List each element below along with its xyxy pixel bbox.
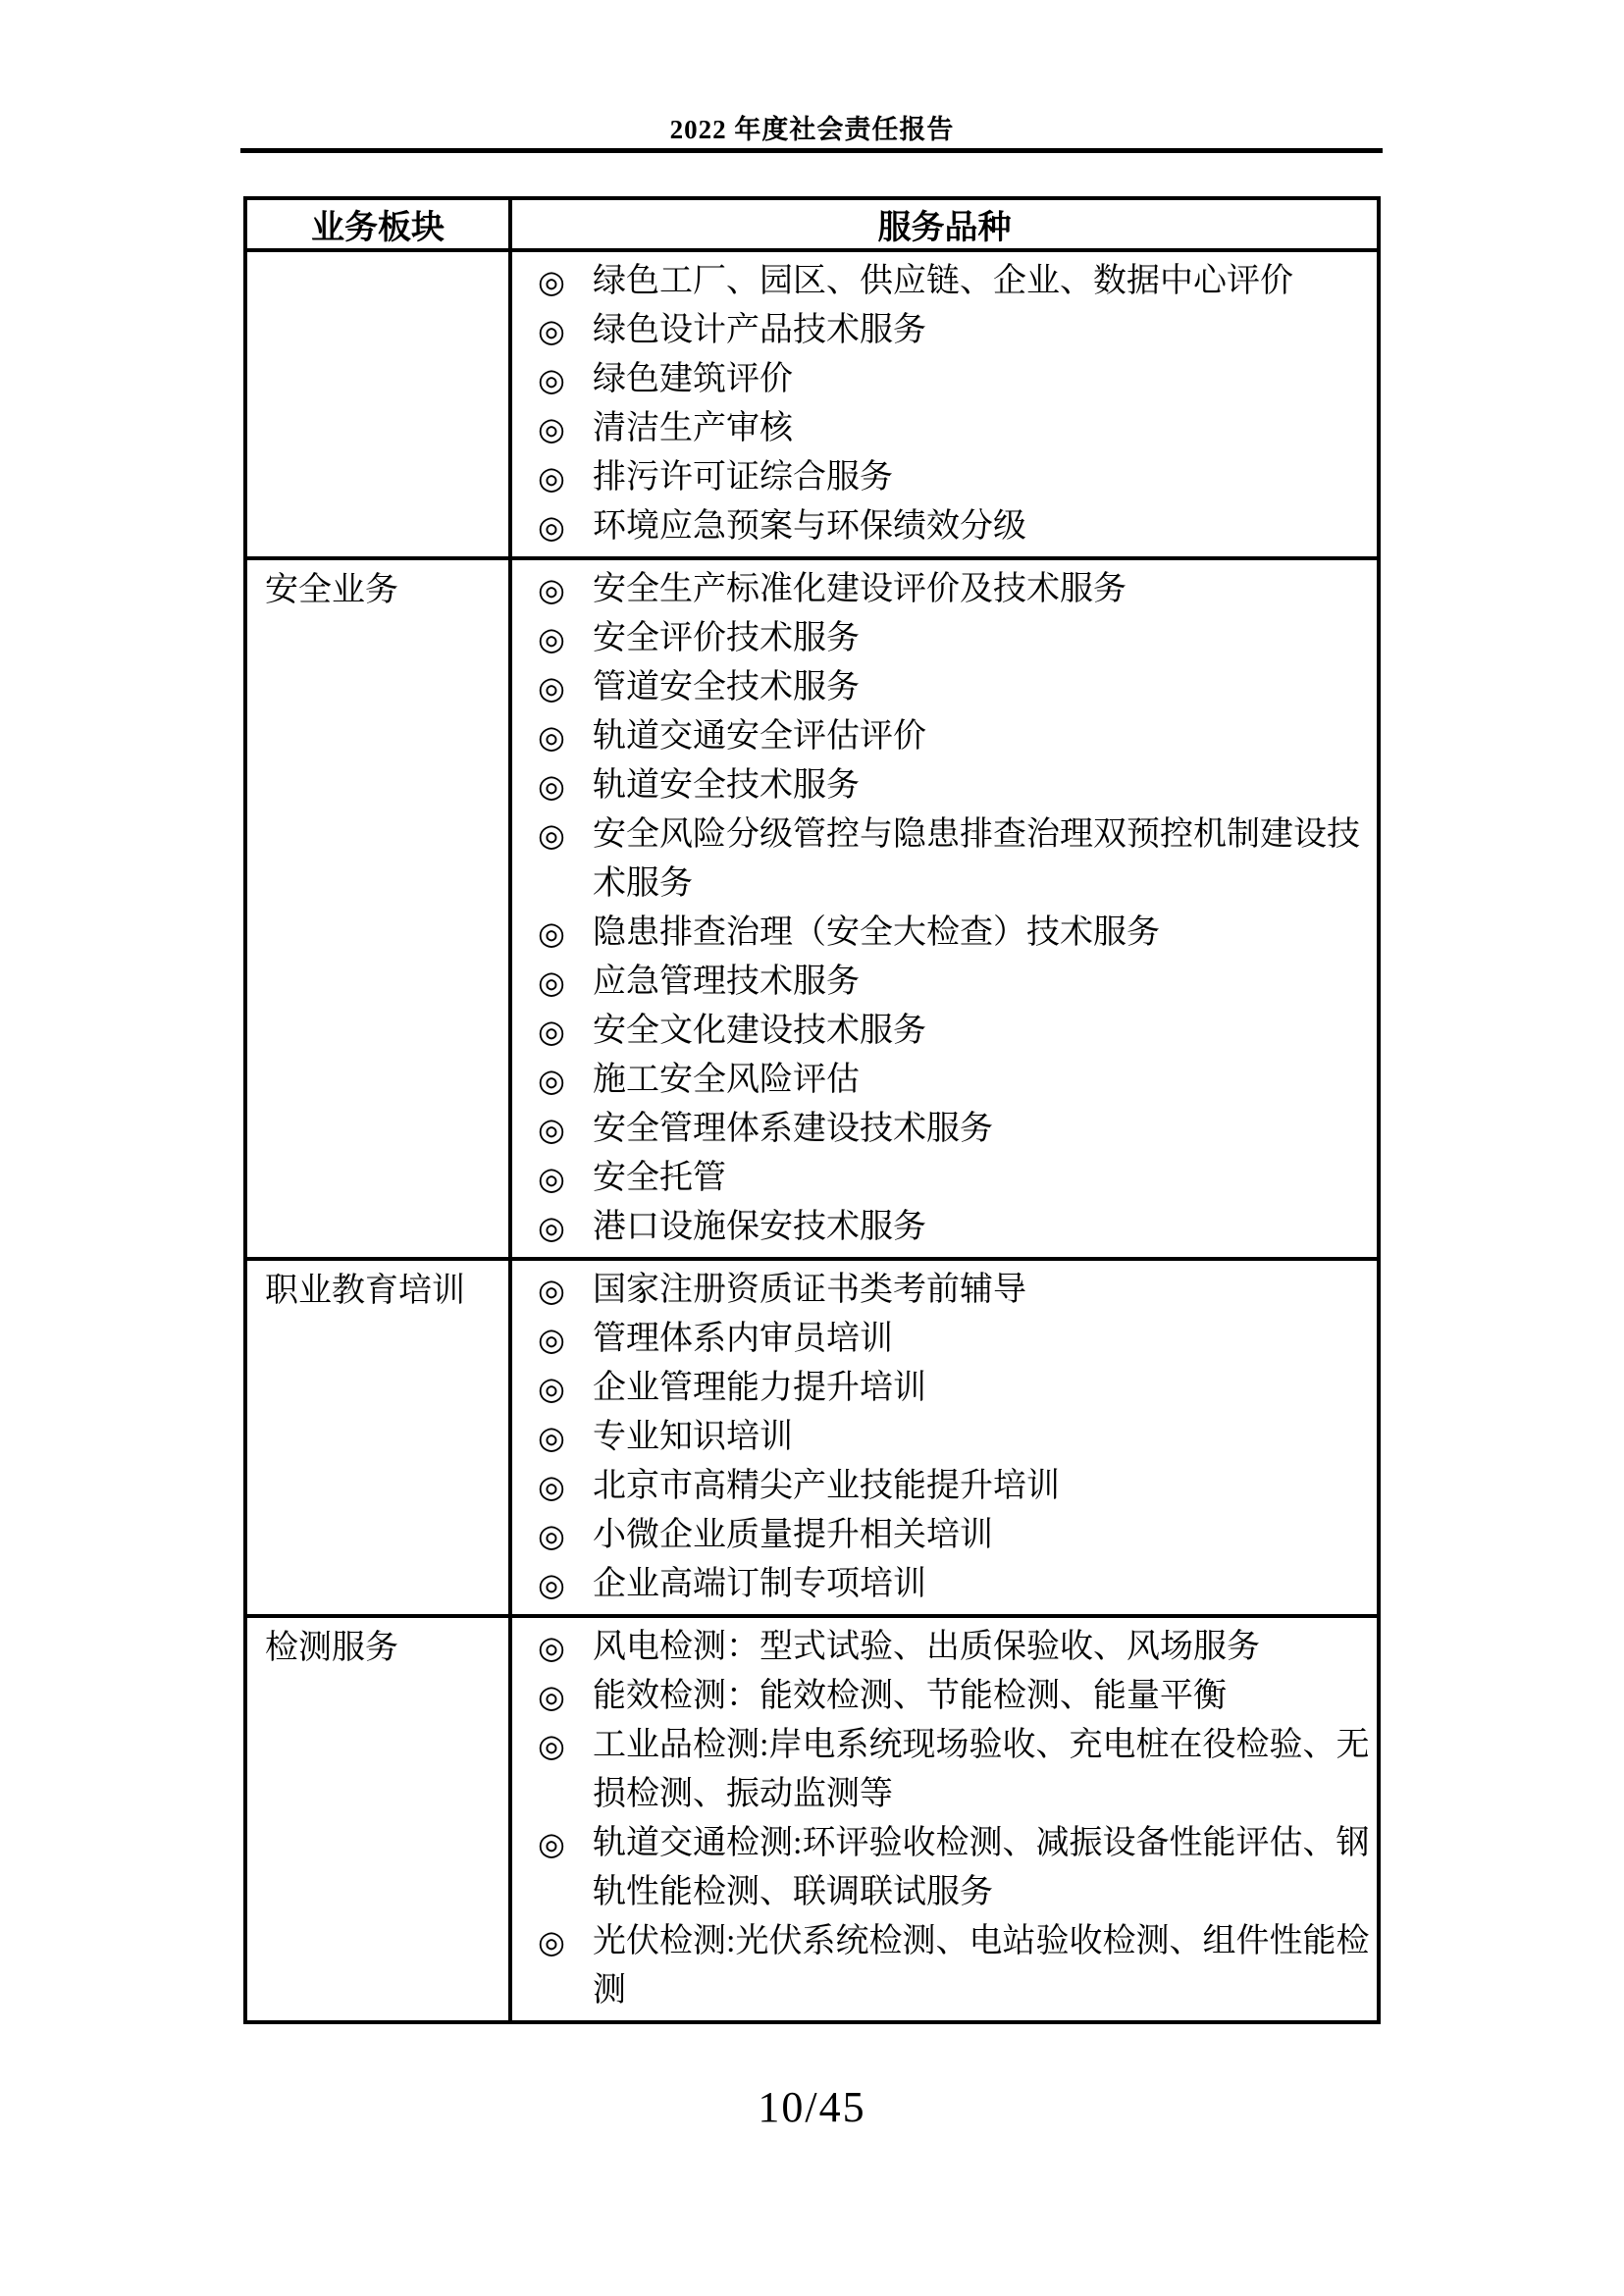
service-item-label: 小微企业质量提升相关培训 <box>593 1511 1371 1560</box>
service-item: ◎应急管理技术服务 <box>538 958 1371 1007</box>
service-item-label: 安全托管 <box>593 1154 1371 1203</box>
bullseye-bullet-icon: ◎ <box>538 1056 593 1105</box>
table-row: 职业教育培训◎国家注册资质证书类考前辅导◎管理体系内审员培训◎企业管理能力提升培… <box>245 1259 1379 1616</box>
service-item-label: 安全文化建设技术服务 <box>593 1007 1371 1056</box>
bullseye-bullet-icon: ◎ <box>538 355 593 404</box>
service-item: ◎风电检测：型式试验、出质保验收、风场服务 <box>538 1623 1371 1672</box>
services-table-body: ◎绿色工厂、园区、供应链、企业、数据中心评价◎绿色设计产品技术服务◎绿色建筑评价… <box>245 250 1379 2022</box>
service-item: ◎企业高端订制专项培训 <box>538 1560 1371 1609</box>
service-items-cell: ◎国家注册资质证书类考前辅导◎管理体系内审员培训◎企业管理能力提升培训◎专业知识… <box>510 1259 1379 1616</box>
service-item-label: 环境应急预案与环保绩效分级 <box>593 502 1371 551</box>
service-item-label: 管道安全技术服务 <box>593 663 1371 712</box>
bullseye-bullet-icon: ◎ <box>538 453 593 502</box>
column-header-business-segment: 业务板块 <box>245 198 510 250</box>
header-rule <box>240 148 1383 153</box>
bullseye-bullet-icon: ◎ <box>538 614 593 663</box>
service-item-label: 工业品检测:岸电系统现场验收、充电桩在役检验、无损检测、振动监测等 <box>593 1721 1371 1819</box>
service-item: ◎绿色工厂、园区、供应链、企业、数据中心评价 <box>538 257 1371 306</box>
service-item: ◎轨道交通安全评估评价 <box>538 712 1371 761</box>
page-header-title: 2022 年度社会责任报告 <box>240 108 1384 146</box>
service-item-label: 清洁生产审核 <box>593 404 1371 453</box>
service-item-label: 企业高端订制专项培训 <box>593 1560 1371 1609</box>
service-item-label: 排污许可证综合服务 <box>593 453 1371 502</box>
bullseye-bullet-icon: ◎ <box>538 257 593 306</box>
service-item: ◎安全评价技术服务 <box>538 614 1371 663</box>
service-item-label: 专业知识培训 <box>593 1413 1371 1462</box>
bullseye-bullet-icon: ◎ <box>538 1413 593 1462</box>
bullseye-bullet-icon: ◎ <box>538 1721 593 1770</box>
bullseye-bullet-icon: ◎ <box>538 1560 593 1609</box>
bullseye-bullet-icon: ◎ <box>538 404 593 453</box>
services-table-header: 业务板块 服务品种 <box>245 198 1379 250</box>
service-item-label: 光伏检测:光伏系统检测、电站验收检测、组件性能检测 <box>593 1917 1371 2015</box>
service-item: ◎环境应急预案与环保绩效分级 <box>538 502 1371 551</box>
service-item-label: 风电检测：型式试验、出质保验收、风场服务 <box>593 1623 1371 1672</box>
service-item: ◎施工安全风险评估 <box>538 1056 1371 1105</box>
column-header-service-type: 服务品种 <box>510 198 1379 250</box>
service-item-label: 绿色工厂、园区、供应链、企业、数据中心评价 <box>593 257 1371 306</box>
bullseye-bullet-icon: ◎ <box>538 1917 593 1966</box>
service-item: ◎港口设施保安技术服务 <box>538 1203 1371 1252</box>
service-item: ◎安全管理体系建设技术服务 <box>538 1105 1371 1154</box>
service-item: ◎绿色设计产品技术服务 <box>538 306 1371 355</box>
bullseye-bullet-icon: ◎ <box>538 1623 593 1672</box>
table-row: ◎绿色工厂、园区、供应链、企业、数据中心评价◎绿色设计产品技术服务◎绿色建筑评价… <box>245 250 1379 558</box>
service-item: ◎安全生产标准化建设评价及技术服务 <box>538 565 1371 614</box>
service-item: ◎安全文化建设技术服务 <box>538 1007 1371 1056</box>
page-footer: 10/45 <box>240 2082 1384 2132</box>
bullseye-bullet-icon: ◎ <box>538 810 593 860</box>
bullseye-bullet-icon: ◎ <box>538 1462 593 1511</box>
bullseye-bullet-icon: ◎ <box>538 1266 593 1315</box>
service-item: ◎管道安全技术服务 <box>538 663 1371 712</box>
service-item: ◎国家注册资质证书类考前辅导 <box>538 1266 1371 1315</box>
bullseye-bullet-icon: ◎ <box>538 909 593 958</box>
service-item: ◎安全风险分级管控与隐患排查治理双预控机制建设技术服务 <box>538 810 1371 909</box>
service-item: ◎专业知识培训 <box>538 1413 1371 1462</box>
service-item-label: 隐患排查治理（安全大检查）技术服务 <box>593 909 1371 958</box>
business-segment-cell: 检测服务 <box>245 1616 510 2022</box>
business-segment-cell <box>245 250 510 558</box>
bullseye-bullet-icon: ◎ <box>538 1819 593 1868</box>
service-items-cell: ◎安全生产标准化建设评价及技术服务◎安全评价技术服务◎管道安全技术服务◎轨道交通… <box>510 558 1379 1259</box>
bullseye-bullet-icon: ◎ <box>538 1672 593 1721</box>
service-item: ◎绿色建筑评价 <box>538 355 1371 404</box>
service-item: ◎企业管理能力提升培训 <box>538 1364 1371 1413</box>
service-item-label: 国家注册资质证书类考前辅导 <box>593 1266 1371 1315</box>
service-item-label: 绿色建筑评价 <box>593 355 1371 404</box>
services-table: 业务板块 服务品种 ◎绿色工厂、园区、供应链、企业、数据中心评价◎绿色设计产品技… <box>243 196 1381 2024</box>
service-item-label: 安全评价技术服务 <box>593 614 1371 663</box>
service-item: ◎隐患排查治理（安全大检查）技术服务 <box>538 909 1371 958</box>
bullseye-bullet-icon: ◎ <box>538 502 593 551</box>
service-item-label: 北京市高精尖产业技能提升培训 <box>593 1462 1371 1511</box>
document-page: 2022 年度社会责任报告 业务板块 服务品种 ◎绿色工厂、园区、供应链、企业、… <box>0 0 1624 2296</box>
service-item-label: 轨道交通安全评估评价 <box>593 712 1371 761</box>
service-item-label: 企业管理能力提升培训 <box>593 1364 1371 1413</box>
header-row: 业务板块 服务品种 <box>245 198 1379 250</box>
bullseye-bullet-icon: ◎ <box>538 712 593 761</box>
service-item: ◎管理体系内审员培训 <box>538 1315 1371 1364</box>
service-item: ◎北京市高精尖产业技能提升培训 <box>538 1462 1371 1511</box>
service-item-label: 安全生产标准化建设评价及技术服务 <box>593 565 1371 614</box>
service-item: ◎小微企业质量提升相关培训 <box>538 1511 1371 1560</box>
service-item-label: 轨道交通检测:环评验收检测、减振设备性能评估、钢轨性能检测、联调联试服务 <box>593 1819 1371 1917</box>
bullseye-bullet-icon: ◎ <box>538 1315 593 1364</box>
bullseye-bullet-icon: ◎ <box>538 1007 593 1056</box>
table-row: 检测服务◎风电检测：型式试验、出质保验收、风场服务◎能效检测：能效检测、节能检测… <box>245 1616 1379 2022</box>
service-item: ◎工业品检测:岸电系统现场验收、充电桩在役检验、无损检测、振动监测等 <box>538 1721 1371 1819</box>
bullseye-bullet-icon: ◎ <box>538 565 593 614</box>
bullseye-bullet-icon: ◎ <box>538 1105 593 1154</box>
service-item-label: 轨道安全技术服务 <box>593 761 1371 810</box>
bullseye-bullet-icon: ◎ <box>538 761 593 810</box>
bullseye-bullet-icon: ◎ <box>538 1511 593 1560</box>
service-items-cell: ◎风电检测：型式试验、出质保验收、风场服务◎能效检测：能效检测、节能检测、能量平… <box>510 1616 1379 2022</box>
service-items-cell: ◎绿色工厂、园区、供应链、企业、数据中心评价◎绿色设计产品技术服务◎绿色建筑评价… <box>510 250 1379 558</box>
bullseye-bullet-icon: ◎ <box>538 958 593 1007</box>
business-segment-cell: 职业教育培训 <box>245 1259 510 1616</box>
bullseye-bullet-icon: ◎ <box>538 1154 593 1203</box>
bullseye-bullet-icon: ◎ <box>538 306 593 355</box>
service-item-label: 施工安全风险评估 <box>593 1056 1371 1105</box>
service-item-label: 应急管理技术服务 <box>593 958 1371 1007</box>
table-row: 安全业务◎安全生产标准化建设评价及技术服务◎安全评价技术服务◎管道安全技术服务◎… <box>245 558 1379 1259</box>
service-item-label: 港口设施保安技术服务 <box>593 1203 1371 1252</box>
service-item-label: 绿色设计产品技术服务 <box>593 306 1371 355</box>
bullseye-bullet-icon: ◎ <box>538 663 593 712</box>
service-item: ◎光伏检测:光伏系统检测、电站验收检测、组件性能检测 <box>538 1917 1371 2015</box>
service-item: ◎排污许可证综合服务 <box>538 453 1371 502</box>
service-item-label: 安全管理体系建设技术服务 <box>593 1105 1371 1154</box>
bullseye-bullet-icon: ◎ <box>538 1203 593 1252</box>
business-segment-cell: 安全业务 <box>245 558 510 1259</box>
service-item: ◎轨道安全技术服务 <box>538 761 1371 810</box>
service-item: ◎安全托管 <box>538 1154 1371 1203</box>
service-item-label: 能效检测：能效检测、节能检测、能量平衡 <box>593 1672 1371 1721</box>
service-item-label: 安全风险分级管控与隐患排查治理双预控机制建设技术服务 <box>593 810 1371 909</box>
page-number: 10/45 <box>758 2083 865 2131</box>
service-item: ◎能效检测：能效检测、节能检测、能量平衡 <box>538 1672 1371 1721</box>
service-item: ◎清洁生产审核 <box>538 404 1371 453</box>
bullseye-bullet-icon: ◎ <box>538 1364 593 1413</box>
service-item: ◎轨道交通检测:环评验收检测、减振设备性能评估、钢轨性能检测、联调联试服务 <box>538 1819 1371 1917</box>
service-item-label: 管理体系内审员培训 <box>593 1315 1371 1364</box>
